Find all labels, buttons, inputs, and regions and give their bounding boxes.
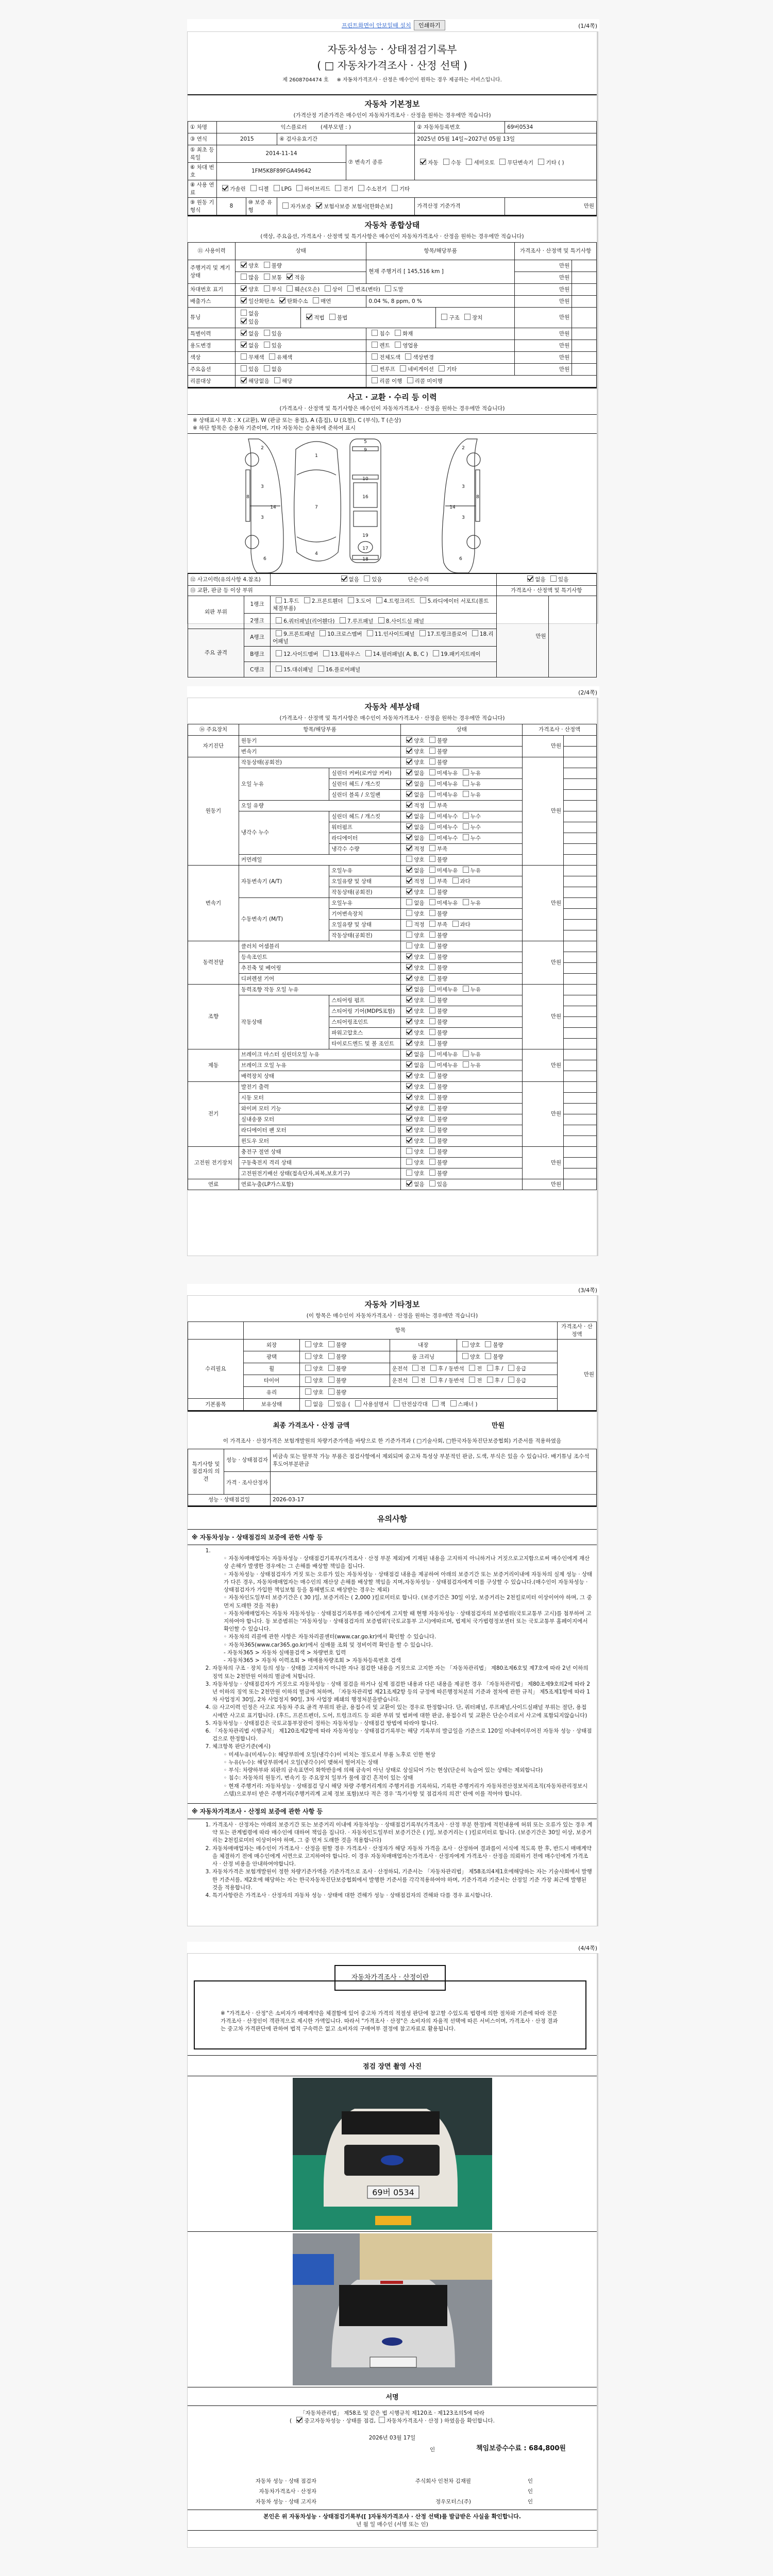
checkbox[interactable] xyxy=(406,1170,412,1176)
photos-title: 점검 장면 촬영 사진 xyxy=(188,2055,597,2076)
option-label: 양호 xyxy=(470,1354,480,1360)
option-label: 누유 xyxy=(470,987,481,993)
checkbox[interactable] xyxy=(241,342,247,348)
option-label: 양호 xyxy=(414,1116,424,1123)
checkbox[interactable] xyxy=(241,297,247,303)
checkbox[interactable] xyxy=(340,617,346,623)
checkbox[interactable] xyxy=(429,780,435,786)
checkbox[interactable] xyxy=(429,812,435,819)
checkbox[interactable] xyxy=(463,1050,469,1057)
checkbox[interactable] xyxy=(429,1148,435,1154)
seal: 인 xyxy=(430,2446,435,2453)
checkbox[interactable] xyxy=(463,780,469,786)
criteria-item: 현재 주행거리: 자동차성능 · 상태점검 당시 해당 차량 주행거리계의 주행… xyxy=(224,1783,593,1798)
confirm-appraisal: 자동차가격조사 · 산정 ) 하였음을 확인합니다. xyxy=(386,2418,495,2424)
option-label: 있음 xyxy=(272,343,282,349)
option-label: 있음 xyxy=(437,1181,447,1188)
checkbox[interactable] xyxy=(241,285,247,292)
checkbox[interactable] xyxy=(429,986,435,992)
checkbox[interactable] xyxy=(378,617,384,623)
checkbox[interactable] xyxy=(320,630,326,636)
option-label: 미세누유 xyxy=(437,900,458,906)
checkbox[interactable] xyxy=(313,297,319,303)
checkbox[interactable] xyxy=(264,342,270,348)
checkbox[interactable] xyxy=(406,856,412,862)
checkbox[interactable] xyxy=(376,597,382,603)
svg-text:16: 16 xyxy=(362,495,368,500)
checkbox[interactable] xyxy=(222,185,228,191)
checkbox[interactable] xyxy=(323,650,329,656)
checkbox[interactable] xyxy=(250,185,257,191)
checkbox[interactable] xyxy=(264,285,270,292)
checkbox[interactable] xyxy=(550,575,557,582)
signer-row: 자동차가격조사 · 산정자인 xyxy=(188,2486,597,2496)
checkbox[interactable] xyxy=(328,1388,334,1395)
checkbox[interactable] xyxy=(462,1341,468,1347)
option-label: 불량 xyxy=(437,738,447,744)
checkbox[interactable] xyxy=(328,1377,334,1383)
checkbox[interactable] xyxy=(279,297,285,303)
checkbox[interactable] xyxy=(406,845,412,851)
checkbox[interactable] xyxy=(304,597,310,603)
confirm-inspection-checkbox[interactable] xyxy=(296,2417,303,2423)
checkbox[interactable] xyxy=(305,1388,311,1395)
checkbox[interactable] xyxy=(429,1180,435,1187)
checkbox[interactable] xyxy=(328,1365,334,1371)
option-label: 있음 xyxy=(558,577,568,583)
checkbox[interactable] xyxy=(364,575,370,582)
checkbox[interactable] xyxy=(305,1353,311,1359)
checkbox[interactable] xyxy=(429,845,435,851)
checkbox[interactable] xyxy=(264,330,270,336)
checkbox[interactable] xyxy=(429,953,435,959)
checkbox[interactable] xyxy=(406,921,412,927)
warranty-ins-checkbox[interactable] xyxy=(316,202,322,209)
option-label: 불량 xyxy=(437,1041,447,1047)
option-label: 불량 xyxy=(437,1019,447,1025)
table-row: 제동브레이크 마스터 실린더오일 누유없음 미세누유 누유만원 xyxy=(188,1049,597,1060)
detail-sub: (가격조사 · 산정액 및 특기사항은 매수인이 자동차가격조사 · 산정을 원… xyxy=(188,712,597,724)
checkbox[interactable] xyxy=(406,1159,412,1165)
checkbox[interactable] xyxy=(406,769,412,775)
signer-row: 자동차 성능 · 상태 고지자정우모터스(주)인 xyxy=(188,2496,597,2506)
option-label: 미세누유 xyxy=(437,770,458,776)
checkbox[interactable] xyxy=(406,931,412,938)
table-row: 조향동력조향 작동 오일 누유없음 미세누유 누유만원 xyxy=(188,985,597,995)
checkbox[interactable] xyxy=(429,1105,435,1111)
table-row: 주요옵션있음 없음썬루프 네비게이션 기타만원 xyxy=(188,364,597,376)
option-label: 양호 xyxy=(414,1019,424,1025)
checkbox[interactable] xyxy=(429,737,435,743)
checkbox[interactable] xyxy=(264,274,270,280)
option-label: 불량 xyxy=(437,759,447,766)
checkbox[interactable] xyxy=(429,1170,435,1176)
checkbox[interactable] xyxy=(429,856,435,862)
checkbox[interactable] xyxy=(429,1115,435,1122)
checkbox[interactable] xyxy=(406,1126,412,1132)
svg-text:18: 18 xyxy=(362,557,368,562)
checkbox[interactable] xyxy=(405,353,411,360)
checkbox[interactable] xyxy=(241,377,247,383)
page-2-header: (2/4쪽) xyxy=(187,686,599,698)
checkbox[interactable] xyxy=(487,1365,493,1371)
print-button[interactable]: 인쇄하기 xyxy=(414,20,445,30)
checkbox[interactable] xyxy=(463,769,469,775)
option-label: 불량 xyxy=(437,943,447,950)
checkbox[interactable] xyxy=(241,365,247,371)
checkbox[interactable] xyxy=(429,867,435,873)
inspection-date: 2026-03-17 xyxy=(271,1495,597,1506)
checkbox[interactable] xyxy=(462,1353,468,1359)
checkbox[interactable] xyxy=(365,650,372,656)
print-help-link[interactable]: 프린트화면이 안보일때 설치 xyxy=(342,21,411,29)
checkbox[interactable] xyxy=(429,1159,435,1165)
checkbox[interactable] xyxy=(412,1365,418,1371)
checkbox[interactable] xyxy=(241,274,247,280)
page-number: (1/4쪽) xyxy=(578,22,597,30)
checkbox[interactable] xyxy=(241,310,247,316)
option-label: 양호 xyxy=(414,749,424,755)
checkbox[interactable] xyxy=(395,330,401,336)
checkbox[interactable] xyxy=(406,1137,412,1143)
checkbox[interactable] xyxy=(372,377,378,383)
detail-table: ⑭ 주요장치항목/해당부품상태가격조사 · 산정액자기진단원동기양호 불량만원변… xyxy=(188,724,597,1190)
checkbox[interactable] xyxy=(406,1018,412,1024)
svg-text:19: 19 xyxy=(362,533,368,538)
checkbox[interactable] xyxy=(406,877,412,884)
checkbox[interactable] xyxy=(276,597,282,603)
checkbox[interactable] xyxy=(406,812,412,819)
checkbox[interactable] xyxy=(463,834,469,840)
checkbox[interactable] xyxy=(429,1083,435,1089)
sign-date: 2026년 03월 17일 xyxy=(188,2434,597,2442)
option-label: 양호 xyxy=(414,738,424,744)
checkbox[interactable] xyxy=(452,877,459,884)
checkbox[interactable] xyxy=(264,365,270,371)
front-photo: 69버 0534 xyxy=(293,2078,492,2230)
checkbox[interactable] xyxy=(276,630,282,636)
checkbox[interactable] xyxy=(372,365,378,371)
checkbox[interactable] xyxy=(527,575,533,582)
checkbox[interactable] xyxy=(241,262,247,268)
checkbox[interactable] xyxy=(335,185,341,191)
checkbox[interactable] xyxy=(463,899,469,905)
checkbox[interactable] xyxy=(469,1365,475,1371)
checkbox[interactable] xyxy=(241,318,247,324)
option-label: 양호 xyxy=(414,1127,424,1133)
checkbox[interactable] xyxy=(430,1365,436,1371)
appraisal-box: ※ "가격조사 · 산정"은 소비자가 매매계약을 체결함에 있어 중고차 가격… xyxy=(194,1980,586,2049)
table-row: 리콜대상해당없음 해당리콜 이행 리콜 미이행 xyxy=(188,376,597,387)
checkbox[interactable] xyxy=(429,1007,435,1013)
checkbox[interactable] xyxy=(538,159,544,165)
checkbox[interactable] xyxy=(287,274,293,280)
option-label: 미세누유 xyxy=(437,781,458,787)
option-label: 없음 xyxy=(414,814,424,820)
checkbox[interactable] xyxy=(406,942,412,948)
checkbox[interactable] xyxy=(372,342,378,348)
checkbox[interactable] xyxy=(429,748,435,754)
option-label: 불량 xyxy=(437,1008,447,1014)
checkbox[interactable] xyxy=(485,1341,491,1347)
option-label: 불량 xyxy=(437,1073,447,1079)
checkbox[interactable] xyxy=(274,377,280,383)
option-label: 없음 xyxy=(349,577,359,583)
option-label: 누수 xyxy=(470,824,481,831)
checkbox[interactable] xyxy=(372,353,378,360)
device-group: 전기 xyxy=(188,1082,239,1147)
checkbox[interactable] xyxy=(429,1126,435,1132)
fuel-options[interactable]: 가솔린 디젤 LPG 하이브리드 전기 수소전기 기타 xyxy=(217,180,597,198)
checkbox[interactable] xyxy=(406,975,412,981)
col-history: ⑪ 사용이력 xyxy=(188,243,236,260)
label-base-price: 가격산정 기준가격 xyxy=(415,198,505,215)
checkbox[interactable] xyxy=(433,650,439,656)
checkbox[interactable] xyxy=(429,921,435,927)
svg-text:6: 6 xyxy=(459,556,462,562)
checkbox[interactable] xyxy=(287,285,293,292)
checkbox[interactable] xyxy=(429,791,435,797)
checkbox[interactable] xyxy=(429,834,435,840)
checkbox[interactable] xyxy=(406,986,412,992)
checkbox[interactable] xyxy=(406,791,412,797)
checkbox[interactable] xyxy=(406,1050,412,1057)
option-label: 불량 xyxy=(437,1095,447,1101)
checkbox[interactable] xyxy=(296,185,303,191)
checkbox[interactable] xyxy=(406,834,412,840)
checkbox[interactable] xyxy=(358,185,364,191)
option-label: 양호 xyxy=(414,965,424,971)
checkbox[interactable] xyxy=(269,353,275,360)
checkbox[interactable] xyxy=(385,285,391,292)
svg-text:14: 14 xyxy=(449,505,456,510)
checkbox[interactable] xyxy=(347,285,354,292)
checkbox[interactable] xyxy=(372,330,378,336)
option-label: 불량 xyxy=(437,857,447,863)
checkbox[interactable] xyxy=(406,1148,412,1154)
notices-title: 유의사항 xyxy=(188,1507,597,1529)
checkbox[interactable] xyxy=(406,953,412,959)
checkbox[interactable] xyxy=(429,823,435,829)
checkbox[interactable] xyxy=(406,737,412,743)
checkbox[interactable] xyxy=(429,888,435,894)
checkbox[interactable] xyxy=(328,1400,334,1406)
reg-no: 69버0534 xyxy=(505,122,597,133)
checkbox[interactable] xyxy=(406,748,412,754)
checkbox[interactable] xyxy=(305,1377,311,1383)
table-row: 배출가스일산화탄소 탄화수소 매연0.04 %, 8 ppm, 0 %만원 xyxy=(188,296,597,308)
checkbox[interactable] xyxy=(463,1061,469,1067)
checkbox[interactable] xyxy=(329,314,335,320)
checkbox[interactable] xyxy=(325,285,331,292)
checkbox[interactable] xyxy=(406,1072,412,1078)
checkbox[interactable] xyxy=(429,975,435,981)
checkbox[interactable] xyxy=(276,650,282,656)
checkbox[interactable] xyxy=(305,1341,311,1347)
option-label: 양호 xyxy=(248,263,259,269)
document-title: 자동차성능 · 상태점검기록부 xyxy=(188,41,597,56)
checkbox[interactable] xyxy=(466,159,472,165)
option-label: 없음 xyxy=(414,781,424,787)
checkbox[interactable] xyxy=(419,630,426,636)
device-group: 연료 xyxy=(188,1179,239,1190)
checkbox[interactable] xyxy=(429,1061,435,1067)
checkbox[interactable] xyxy=(463,986,469,992)
notice-item: 자동차의 리콜에 관한 사항은 자동차리콜센터(www.car.go.kr)에서… xyxy=(224,1633,593,1641)
checkbox[interactable] xyxy=(406,1115,412,1122)
checkbox[interactable] xyxy=(241,330,247,336)
checkbox[interactable] xyxy=(406,1061,412,1067)
inspector-opinion: 비금속 또는 탈부착 가능 부품은 점검사항에서 제외되며 중고차 특성상 부분… xyxy=(271,1449,597,1472)
checkbox[interactable] xyxy=(429,910,435,916)
checkbox[interactable] xyxy=(406,780,412,786)
confirm-appraisal-checkbox[interactable] xyxy=(379,2417,385,2423)
option-label: 양호 xyxy=(414,976,424,982)
checkbox[interactable] xyxy=(264,262,270,268)
page-2: 자동차 세부상태 (가격조사 · 산정액 및 특기사항은 매수인이 자동차가격조… xyxy=(187,698,598,1256)
checkbox[interactable] xyxy=(443,159,449,165)
checkbox[interactable] xyxy=(429,769,435,775)
checkbox[interactable] xyxy=(429,996,435,1003)
checkbox[interactable] xyxy=(406,888,412,894)
checkbox[interactable] xyxy=(432,1400,439,1406)
checkbox[interactable] xyxy=(328,1341,334,1347)
option-label: 렌트 xyxy=(379,343,390,349)
label-vin: ⑥ 차대 번호 xyxy=(188,163,217,180)
checkbox[interactable] xyxy=(487,1377,493,1383)
checkbox[interactable] xyxy=(406,758,412,765)
accident-sub: (가격조사 · 산정액 및 특기사항은 매수인이 자동차가격조사 · 산정을 원… xyxy=(188,402,597,414)
checkbox[interactable] xyxy=(429,1029,435,1035)
checkbox[interactable] xyxy=(452,921,459,927)
checkbox[interactable] xyxy=(463,823,469,829)
page-4-header: (4/4쪽) xyxy=(187,1942,599,1953)
checkbox[interactable] xyxy=(406,899,412,905)
checkbox[interactable] xyxy=(348,597,354,603)
checkbox[interactable] xyxy=(439,365,445,371)
checkbox[interactable] xyxy=(463,867,469,873)
checkbox[interactable] xyxy=(429,1094,435,1100)
checkbox[interactable] xyxy=(508,1377,514,1383)
label-reg-no: ② 자동차등록번호 xyxy=(415,122,505,133)
checkbox[interactable] xyxy=(429,899,435,905)
checkbox[interactable] xyxy=(441,314,447,320)
checkbox[interactable] xyxy=(469,1377,475,1383)
checkbox[interactable] xyxy=(367,630,373,636)
option-label: 침수 xyxy=(379,331,390,337)
checkbox[interactable] xyxy=(429,931,435,938)
checkbox[interactable] xyxy=(305,1400,311,1406)
checkbox[interactable] xyxy=(429,1050,435,1057)
table-row: 외판 부위1랭크1.후드 2.프론트휀더 3.도어 4.트렁크리드 5.라디에이… xyxy=(188,596,597,613)
option-label: 없음 xyxy=(414,1062,424,1069)
checkbox[interactable] xyxy=(406,996,412,1003)
checkbox[interactable] xyxy=(420,159,426,165)
document-number: 제 2608704474 호 ※ 자동차가격조사 · 산정은 매수인이 원하는 … xyxy=(188,75,597,83)
checkbox[interactable] xyxy=(406,964,412,970)
checkbox[interactable] xyxy=(328,1353,334,1359)
notice-item: 자동차가격은 보험개발원이 정한 차량기준가액을 기준가격으로 조사 · 산정하… xyxy=(212,1868,593,1892)
checkbox[interactable] xyxy=(406,910,412,916)
checkbox[interactable] xyxy=(429,1040,435,1046)
checkbox[interactable] xyxy=(472,630,478,636)
checkbox[interactable] xyxy=(429,1018,435,1024)
checkbox[interactable] xyxy=(305,1365,311,1371)
transmission-options[interactable]: 자동 수동 세미오토 무단변속기 기타 ( ) xyxy=(415,145,597,180)
checkbox[interactable] xyxy=(406,1007,412,1013)
warranty-self-checkbox[interactable] xyxy=(282,202,289,209)
checkbox[interactable] xyxy=(508,1365,514,1371)
checkbox[interactable] xyxy=(406,1094,412,1100)
criteria-item: 침수: 자동차의 원동기, 변속기 등 주요장치 일부가 물에 잠긴 흔적이 있… xyxy=(224,1774,593,1782)
option-label: 미세누유 xyxy=(437,1062,458,1069)
notice-item: 「자동차관리법 시행규칙」 제120조제2항에 따라 자동차성능 · 상태점검기… xyxy=(212,1727,593,1743)
checkbox[interactable] xyxy=(406,1105,412,1111)
checkbox[interactable] xyxy=(318,666,324,672)
checkbox[interactable] xyxy=(420,597,426,603)
option-label: 양호 xyxy=(414,911,424,917)
label-valid: ④ 검사유효기간 xyxy=(277,133,415,145)
checkbox[interactable] xyxy=(355,1400,361,1406)
checkbox[interactable] xyxy=(499,159,506,165)
checkbox[interactable] xyxy=(429,942,435,948)
label-warranty: ⑩ 보증 유형 xyxy=(246,198,277,215)
checkbox[interactable] xyxy=(395,342,401,348)
option-label: 없음 xyxy=(414,987,424,993)
checkbox[interactable] xyxy=(406,1180,412,1187)
checkbox[interactable] xyxy=(400,365,406,371)
checkbox[interactable] xyxy=(274,185,280,191)
option-label: 많음 xyxy=(248,275,259,281)
checkbox[interactable] xyxy=(392,185,398,191)
checkbox[interactable] xyxy=(429,877,435,884)
checkbox[interactable] xyxy=(406,1029,412,1035)
checkbox[interactable] xyxy=(485,1353,491,1359)
checkbox[interactable] xyxy=(412,1377,418,1383)
checkbox[interactable] xyxy=(394,1400,400,1406)
checkbox[interactable] xyxy=(464,314,470,320)
option-label: 양호 xyxy=(414,889,424,895)
checkbox[interactable] xyxy=(429,802,435,808)
warranty-fee: 책임보증수수료 : 684,800원 xyxy=(476,2443,566,2452)
checkbox[interactable] xyxy=(241,353,247,360)
checkbox[interactable] xyxy=(406,867,412,873)
checkbox[interactable] xyxy=(406,1040,412,1046)
checkbox[interactable] xyxy=(430,1377,436,1383)
checkbox[interactable] xyxy=(429,1072,435,1078)
overall-table: ⑪ 사용이력상태항목/해당부품가격조사 · 산정액 및 특기사항주행거리 및 계… xyxy=(188,242,597,387)
checkbox[interactable] xyxy=(341,575,347,582)
checkbox[interactable] xyxy=(429,758,435,765)
checkbox[interactable] xyxy=(306,314,312,320)
checkbox[interactable] xyxy=(463,812,469,819)
doc-note: ※ 자동차가격조사 · 산정은 매수인이 원하는 경우 제공하는 서비스입니다. xyxy=(337,77,501,83)
checkbox[interactable] xyxy=(463,791,469,797)
checkbox[interactable] xyxy=(276,666,282,672)
checkbox[interactable] xyxy=(406,802,412,808)
checkbox[interactable] xyxy=(407,377,413,383)
checkbox[interactable] xyxy=(450,1400,457,1406)
checkbox[interactable] xyxy=(406,1083,412,1089)
checkbox[interactable] xyxy=(429,964,435,970)
checkbox[interactable] xyxy=(406,823,412,829)
option-label: LPG xyxy=(281,186,292,192)
option-label: 누유 xyxy=(470,770,481,776)
device-group: 조향 xyxy=(188,985,239,1049)
checkbox[interactable] xyxy=(429,1137,435,1143)
label-car-name: ① 차명 xyxy=(188,122,217,133)
checkbox[interactable] xyxy=(276,617,282,623)
